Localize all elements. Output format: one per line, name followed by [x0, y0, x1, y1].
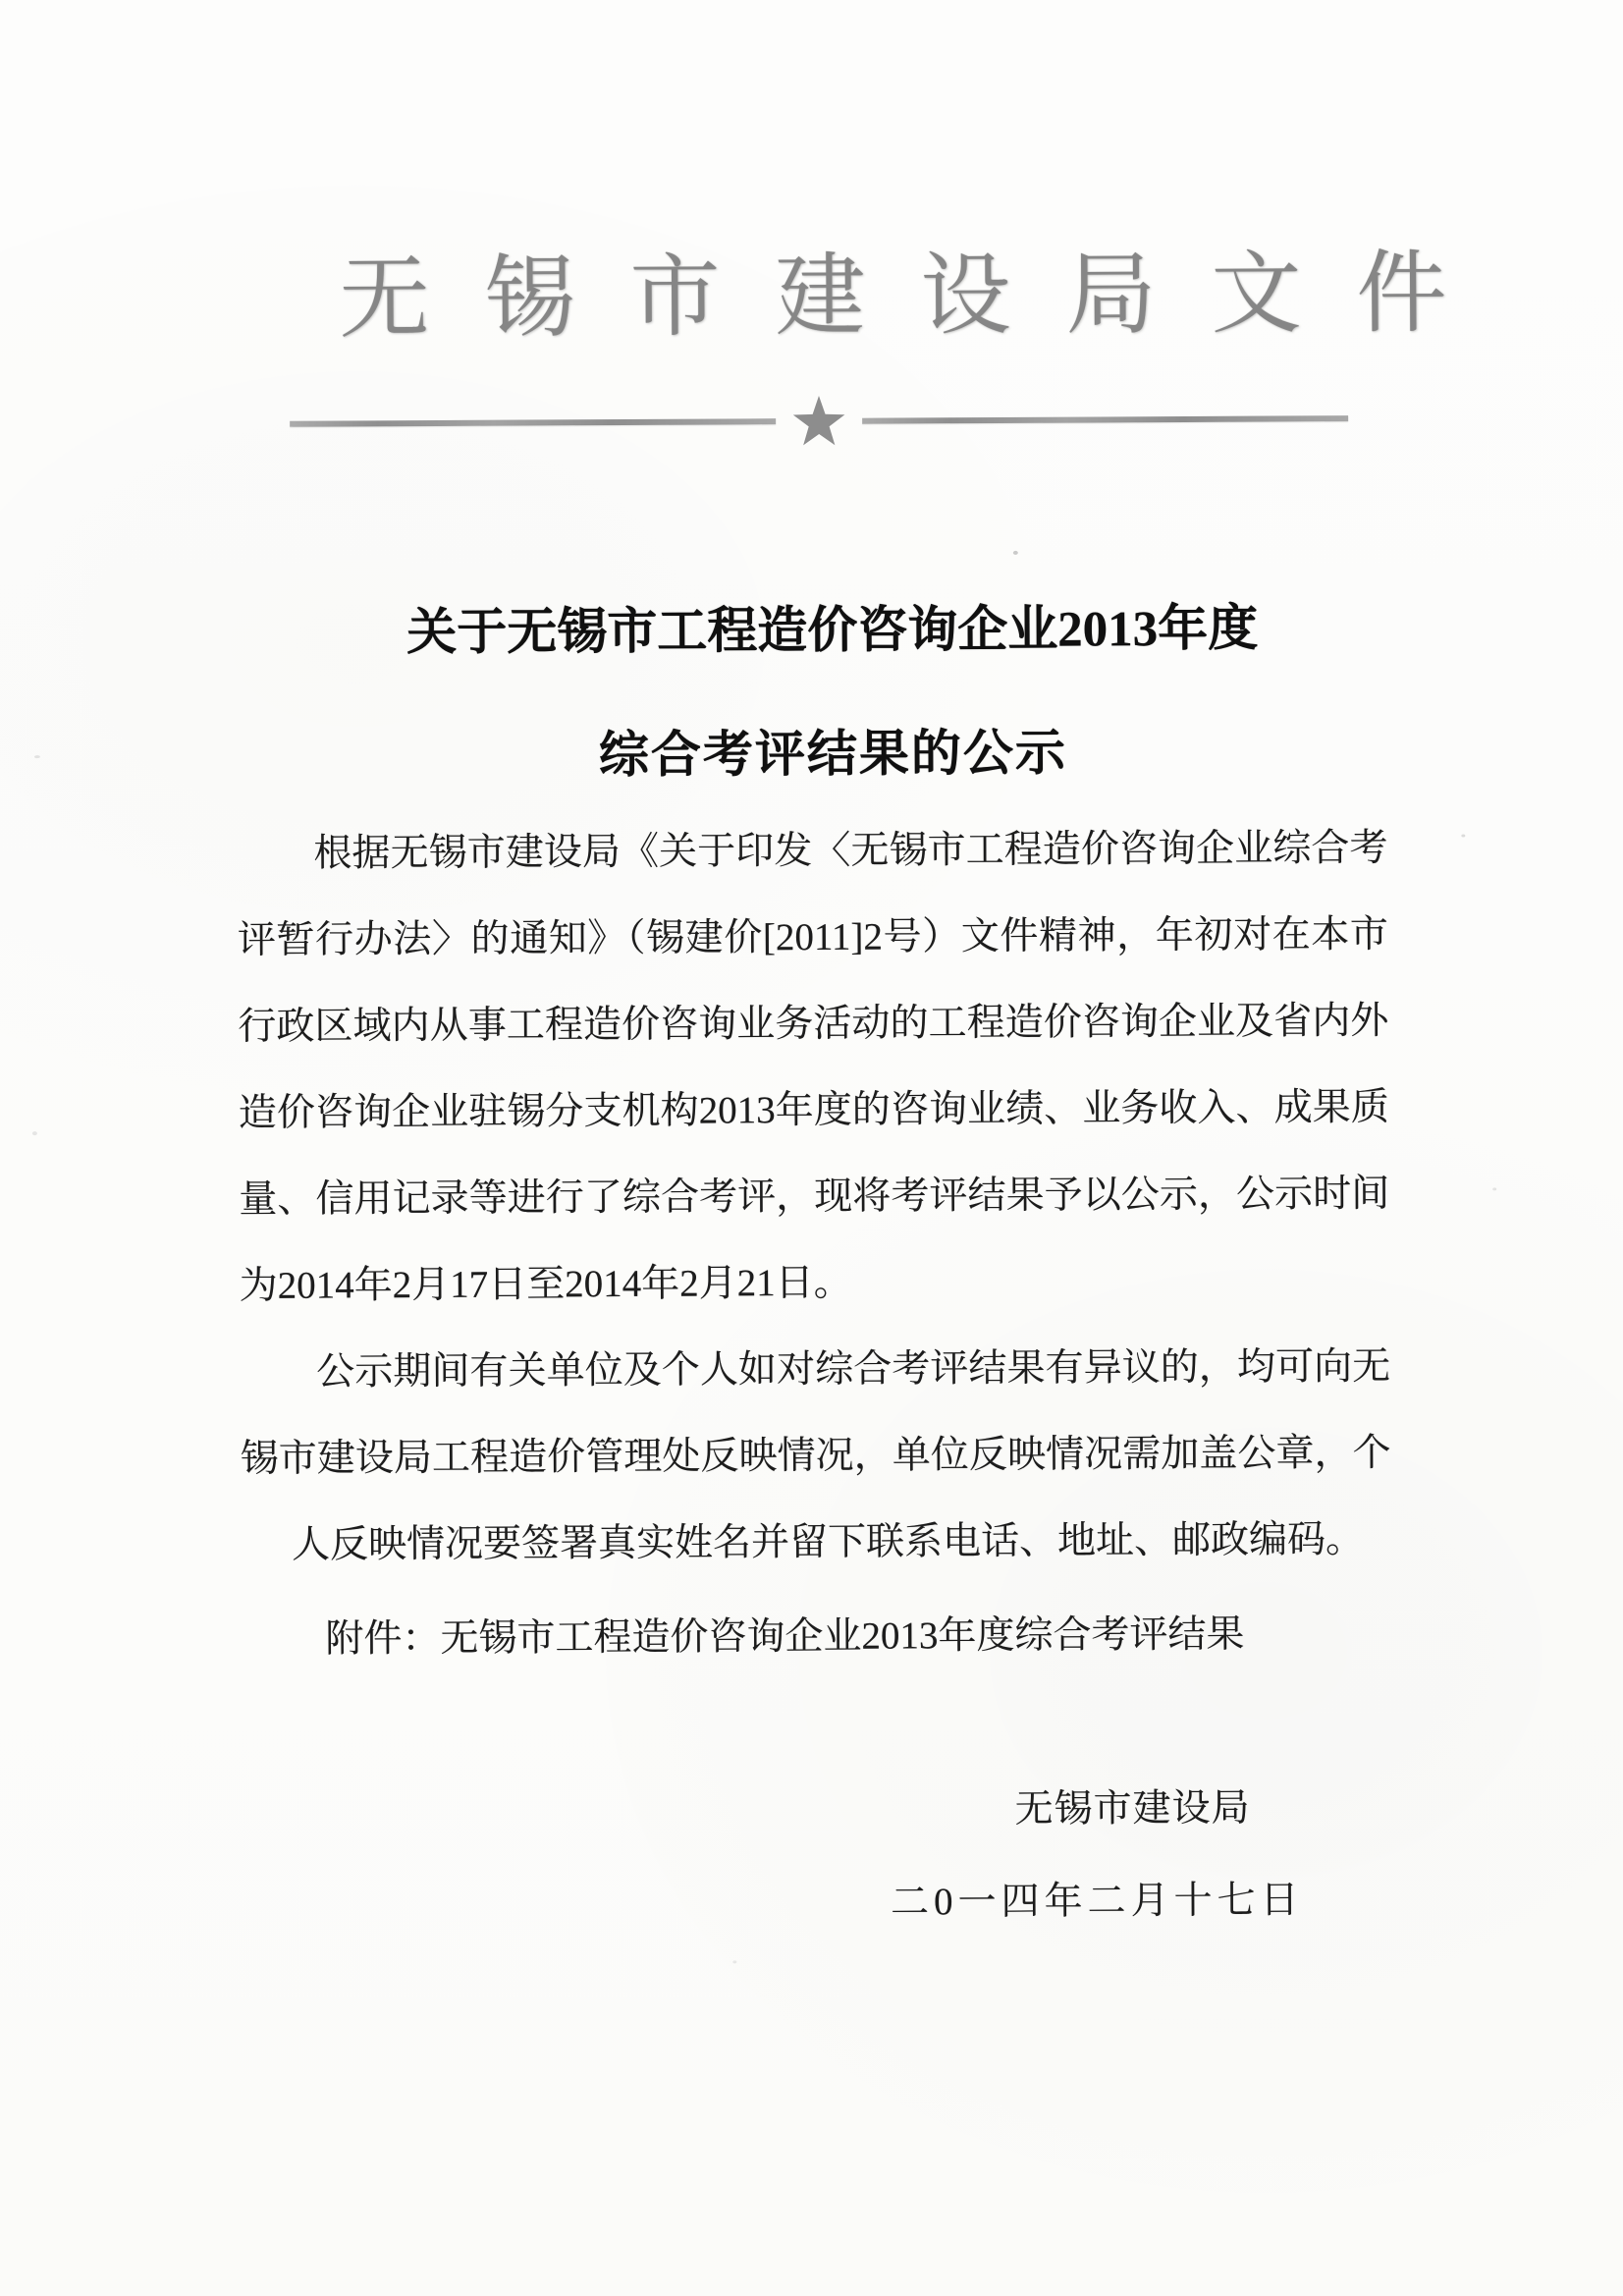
paragraph-1-line-4: 造价咨询企业驻锡分支机构2013年度的咨询业绩、业务收入、成果质 [239, 1065, 1389, 1157]
document-date: 二0一四年二月十七日 [891, 1869, 1304, 1926]
paragraph-1-line-1: 根据无锡市建设局《关于印发〈无锡市工程造价咨询企业综合考 [237, 805, 1387, 898]
document-title-line-1: 关于无锡市工程造价咨询企业2013年度 [44, 566, 1621, 697]
scan-speck [1461, 835, 1465, 838]
agency-header-title: 无锡市建设局文件 [339, 220, 1502, 355]
document-page: 无锡市建设局文件 关于无锡市工程造价咨询企业2013年度 综合考评结果的公示 根… [0, 0, 1623, 2296]
document-body: 根据无锡市建设局《关于印发〈无锡市工程造价咨询企业综合考 评暂行办法〉的通知》（… [237, 805, 1392, 1683]
paragraph-1-line-3: 行政区域内从事工程造价咨询业务活动的工程造价咨询企业及省内外 [238, 978, 1388, 1070]
issuing-agency-signature: 无锡市建设局 [1014, 1777, 1250, 1833]
paragraph-2-line-3: 人反映情况要签署真实姓名并留下联系电话、地址、邮政编码。 [292, 1497, 1391, 1589]
paragraph-1-line-2: 评暂行办法〉的通知》（锡建价[2011]2号）文件精神，年初对在本市 [238, 892, 1388, 984]
paragraph-2-line-1: 公示期间有关单位及个人如对综合考评结果有异议的，均可向无 [240, 1324, 1390, 1416]
scan-speck [1013, 551, 1018, 555]
attachment-line: 附件：无锡市工程造价咨询企业2013年度综合考评结果 [241, 1591, 1391, 1683]
paragraph-1-line-5: 量、信用记录等进行了综合考评，现将考评结果予以公示，公示时间 [239, 1151, 1389, 1243]
document-title-line-2: 综合考评结果的公示 [45, 689, 1622, 821]
scan-speck [1492, 1187, 1496, 1190]
paragraph-2-line-2: 锡市建设局工程造价管理处反映情况，单位反映情况需加盖公章，个 [240, 1410, 1390, 1503]
scan-speck [732, 1960, 736, 1963]
divider-rule-right [862, 415, 1348, 424]
scanned-document: { "doc": { "agency_header": "无锡市建设局文件", … [0, 0, 1623, 2296]
scan-speck [32, 1131, 37, 1135]
header-divider [290, 393, 1348, 450]
star-icon [791, 396, 846, 447]
divider-rule-left [290, 418, 776, 427]
document-title: 关于无锡市工程造价咨询企业2013年度 综合考评结果的公示 [0, 566, 1621, 822]
paragraph-1-line-6: 为2014年2月17日至2014年2月21日。 [240, 1237, 1390, 1330]
